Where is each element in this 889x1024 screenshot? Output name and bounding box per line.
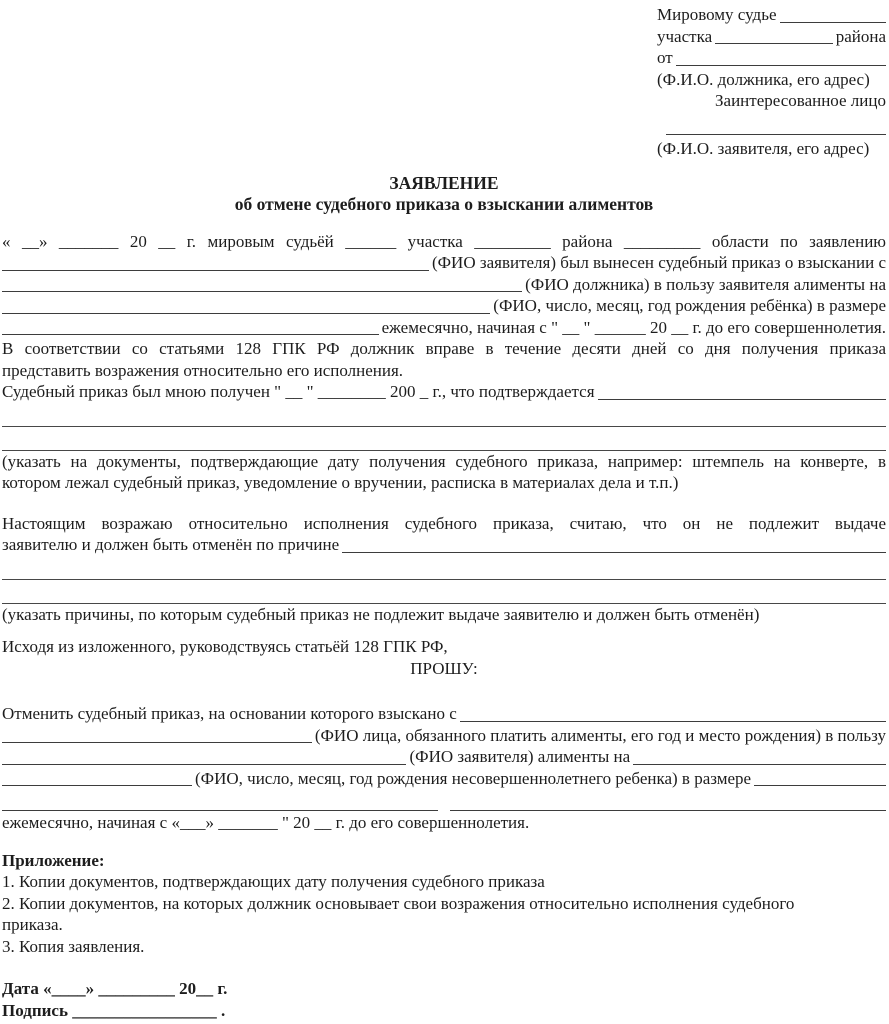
blank-field [342, 537, 886, 553]
blank-field [676, 50, 886, 66]
addressee-court-line: Мировому судье [657, 4, 886, 26]
reasons-note-line: (указать причины, по которым судебный пр… [2, 604, 886, 626]
attachments-heading: Приложение: [2, 850, 886, 872]
spacer [2, 834, 886, 850]
court-header-block: Мировому судье участкарайона от (Ф.И.О. … [657, 4, 886, 160]
interested-party-label: Заинтересованное лицо [657, 90, 886, 112]
blank-line-pair [2, 789, 886, 812]
applicant-alimony-line: (ФИО заявителя) алименты на [2, 746, 886, 768]
request-heading: ПРОШУ: [2, 658, 886, 680]
objection-statement-line1: Настоящим возражаю относительно исполнен… [2, 513, 886, 535]
order-issued-line: « __» _______ 20 __ г. мировым судьёй __… [2, 231, 886, 253]
blank-field [450, 790, 886, 811]
blank-field [633, 749, 886, 765]
order-received-line: Судебный приказ был мною получен " __ " … [2, 381, 886, 403]
spacer [2, 625, 886, 636]
monthly-until-majority-line: ежемесячно, начиная с «___» _______ " 20… [2, 812, 886, 834]
cancel-order-line: Отменить судебный приказ, на основании к… [2, 703, 886, 725]
document-subtitle: об отмене судебного приказа о взыскании … [2, 194, 886, 216]
district-label: участка [657, 26, 712, 48]
based-on-line: Исходя из изложенного, руководствуясь ст… [2, 636, 886, 658]
monthly-amount-line: ежемесячно, начиная с " __ " ______ 20 _… [2, 317, 886, 339]
blank-field [2, 770, 192, 786]
documents-note-line2: котором лежал судебный приказ, уведомлен… [2, 472, 886, 494]
attachment-item-1: 1. Копии документов, подтверждающих дату… [2, 871, 886, 893]
documents-note-line1: (указать на документы, подтверждающие да… [2, 451, 886, 473]
blank-field [780, 7, 886, 23]
court-label: Мировому судье [657, 4, 777, 26]
child-birth-line: (ФИО, число, месяц, год рождения ребёнка… [2, 295, 886, 317]
applicant-name-hint: (Ф.И.О. заявителя, его адрес) [657, 138, 886, 160]
attachment-item-2: 2. Копии документов, на которых должник … [2, 893, 886, 915]
applicant-blank-line [657, 117, 886, 139]
gpk-right-line: В соответствии со статьями 128 ГПК РФ до… [2, 338, 886, 360]
title-block: ЗАЯВЛЕНИЕ об отмене судебного приказа о … [2, 173, 886, 216]
date-line: Дата «____» _________ 20__ г. [2, 978, 886, 1000]
objections-line: представить возражения относительно его … [2, 360, 886, 382]
spacer [2, 679, 886, 703]
blank-line [2, 556, 886, 580]
court-district-line: участкарайона [657, 26, 886, 48]
objection-statement-line2: заявителю и должен быть отменён по причи… [2, 534, 886, 556]
blank-field [2, 276, 522, 292]
blank-field [2, 298, 490, 314]
applicant-fio-line: (ФИО заявителя) был вынесен судебный при… [2, 252, 886, 274]
signature-line: Подпись _________________ . [2, 1000, 886, 1022]
from-line: от [657, 47, 886, 69]
blank-field [754, 770, 886, 786]
minor-child-line: (ФИО, число, месяц, год рождения несовер… [2, 768, 886, 790]
blank-field [598, 384, 886, 400]
blank-field [2, 749, 406, 765]
attachment-item-2-cont: приказа. [2, 914, 886, 936]
alimony-cancellation-application-form: Мировому судье участкарайона от (Ф.И.О. … [0, 0, 889, 1024]
document-title: ЗАЯВЛЕНИЕ [2, 173, 886, 195]
spacer [2, 957, 886, 978]
blank-line [2, 403, 886, 427]
blank-line [2, 427, 886, 451]
debtor-name-hint: (Ф.И.О. должника, его адрес) [657, 69, 886, 91]
blank-field [2, 319, 379, 335]
debtor-fio-line: (ФИО должника) в пользу заявителя алимен… [2, 274, 886, 296]
document-body: « __» _______ 20 __ г. мировым судьёй __… [2, 231, 886, 1022]
blank-field [2, 255, 429, 271]
blank-field [666, 119, 886, 135]
from-label: от [657, 47, 673, 69]
blank-field [2, 727, 312, 743]
blank-line [2, 580, 886, 604]
payer-fio-line: (ФИО лица, обязанного платить алименты, … [2, 725, 886, 747]
blank-field [460, 706, 886, 722]
district-suffix: района [836, 26, 886, 48]
attachment-item-3: 3. Копия заявления. [2, 936, 886, 958]
blank-field [715, 28, 833, 44]
blank-field [2, 790, 438, 811]
spacer [2, 494, 886, 513]
